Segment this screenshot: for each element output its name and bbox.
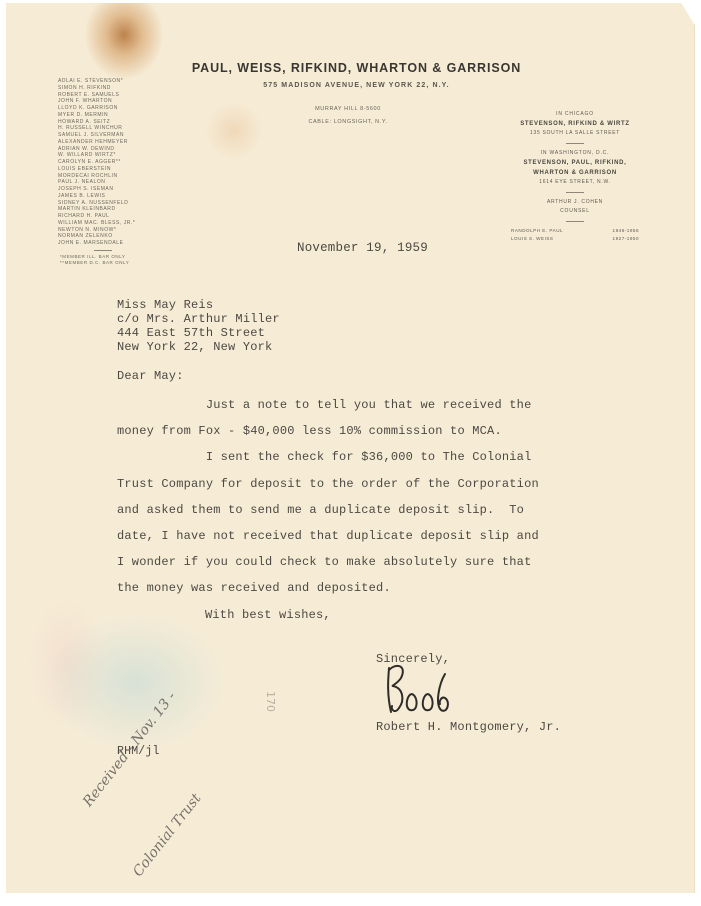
washington-address: 1614 EYE STREET, N.W. — [505, 178, 645, 187]
deceased-name: RANDOLPH E. PAUL — [511, 227, 563, 235]
partner-name: MARTIN KLEINBARD — [58, 206, 168, 213]
divider — [566, 192, 584, 193]
body-line: date, I have not received that duplicate… — [117, 523, 539, 549]
body-line: Just a note to tell you that we received… — [117, 392, 539, 418]
washington-firm-line2: WHARTON & GARRISON — [505, 168, 645, 178]
partner-name: CAROLYN E. AGGER** — [58, 159, 168, 166]
margin-number: 170 — [264, 691, 277, 712]
partner-name: LLOYD K. GARRISON — [58, 105, 168, 112]
firm-cable: CABLE: LONGSIGHT, N.Y. — [298, 119, 398, 125]
partner-name: SIDNEY A. NUSSENFELD — [58, 200, 168, 207]
deceased-partner: LOUIS S. WEISS 1927-1950 — [505, 235, 645, 243]
partner-name: ADLAI E. STEVENSON* — [58, 78, 168, 85]
partner-name: MORDECAI ROCHLIN — [58, 173, 168, 180]
counsel-title: COUNSEL — [505, 207, 645, 216]
chicago-firm: STEVENSON, RIFKIND & WIRTZ — [505, 119, 645, 129]
firm-name: PAUL, WEISS, RIFKIND, WHARTON & GARRISON — [0, 61, 701, 75]
partner-list: ADLAI E. STEVENSON*SIMON H. RIFKINDROBER… — [58, 78, 168, 266]
letter-body: Just a note to tell you that we received… — [117, 392, 539, 602]
partner-name: WILLIAM MAC. BLESS, JR.* — [58, 220, 168, 227]
washington-firm-line1: STEVENSON, PAUL, RIFKIND, — [505, 158, 645, 168]
deceased-name: LOUIS S. WEISS — [511, 235, 553, 243]
partner-name: RICHARD H. PAUL — [58, 213, 168, 220]
partner-name: HOWARD A. SEITZ — [58, 119, 168, 126]
recipient-line: c/o Mrs. Arthur Miller — [117, 312, 280, 326]
partner-name: LOUIS EBERSTEIN — [58, 166, 168, 173]
recipient-address: Miss May Reisc/o Mrs. Arthur Miller444 E… — [117, 298, 280, 354]
recipient-line: 444 East 57th Street — [117, 326, 280, 340]
partner-name: MYER D. MERMIN — [58, 112, 168, 119]
deceased-years: 1946-1956 — [613, 227, 639, 235]
partner-name: ADRIAN W. DEWIND — [58, 146, 168, 153]
chicago-label: IN CHICAGO — [505, 110, 645, 119]
body-line: money from Fox - $40,000 less 10% commis… — [117, 418, 539, 444]
washington-label: IN WASHINGTON, D.C. — [505, 149, 645, 158]
partner-name: ROBERT E. SAMUELS — [58, 92, 168, 99]
letter-date: November 19, 1959 — [297, 241, 428, 255]
salutation: Dear May: — [117, 369, 184, 383]
signature — [383, 660, 453, 720]
signer-name: Robert H. Montgomery, Jr. — [376, 720, 561, 734]
partner-name: H. RUSSELL WINCHUR — [58, 125, 168, 132]
counsel-name: ARTHUR J. COHEN — [505, 198, 645, 207]
partner-name: SAMUEL J. SILVERMAN — [58, 132, 168, 139]
partner-name: W. WILLARD WIRTZ* — [58, 152, 168, 159]
recipient-line: Miss May Reis — [117, 298, 280, 312]
partner-name: PAUL J. NEALON — [58, 179, 168, 186]
recipient-line: New York 22, New York — [117, 340, 280, 354]
body-line: Trust Company for deposit to the order o… — [117, 471, 539, 497]
body-line: the money was received and deposited. — [117, 575, 539, 601]
partner-name: NEWTON N. MINOW* — [58, 227, 168, 234]
closing: With best wishes, — [205, 608, 331, 622]
partner-name: NORMAN ZELENKO — [58, 233, 168, 240]
deceased-years: 1927-1950 — [613, 235, 639, 243]
body-line: I wonder if you could check to make abso… — [117, 549, 539, 575]
partner-name: JAMES B. LEWIS — [58, 193, 168, 200]
partner-name: ALEXANDER HEHMEYER — [58, 139, 168, 146]
divider — [94, 250, 112, 251]
chicago-address: 135 SOUTH LA SALLE STREET — [505, 129, 645, 138]
partner-name: JOSEPH S. ISEMAN — [58, 186, 168, 193]
body-line: and asked them to send me a duplicate de… — [117, 497, 539, 523]
partner-name: JOHN F. WHARTON — [58, 98, 168, 105]
partner-note: **MEMBER D.C. BAR ONLY — [60, 260, 168, 266]
deceased-partner: RANDOLPH E. PAUL 1946-1956 — [505, 227, 645, 235]
divider — [566, 143, 584, 144]
branch-offices: IN CHICAGO STEVENSON, RIFKIND & WIRTZ 13… — [505, 110, 645, 243]
partner-name: SIMON H. RIFKIND — [58, 85, 168, 92]
divider — [566, 221, 584, 222]
body-line: I sent the check for $36,000 to The Colo… — [117, 444, 539, 470]
firm-phone: MURRAY HILL 8-5600 — [298, 106, 398, 112]
partner-name: JOHN E. MARSENDALE — [58, 240, 168, 247]
